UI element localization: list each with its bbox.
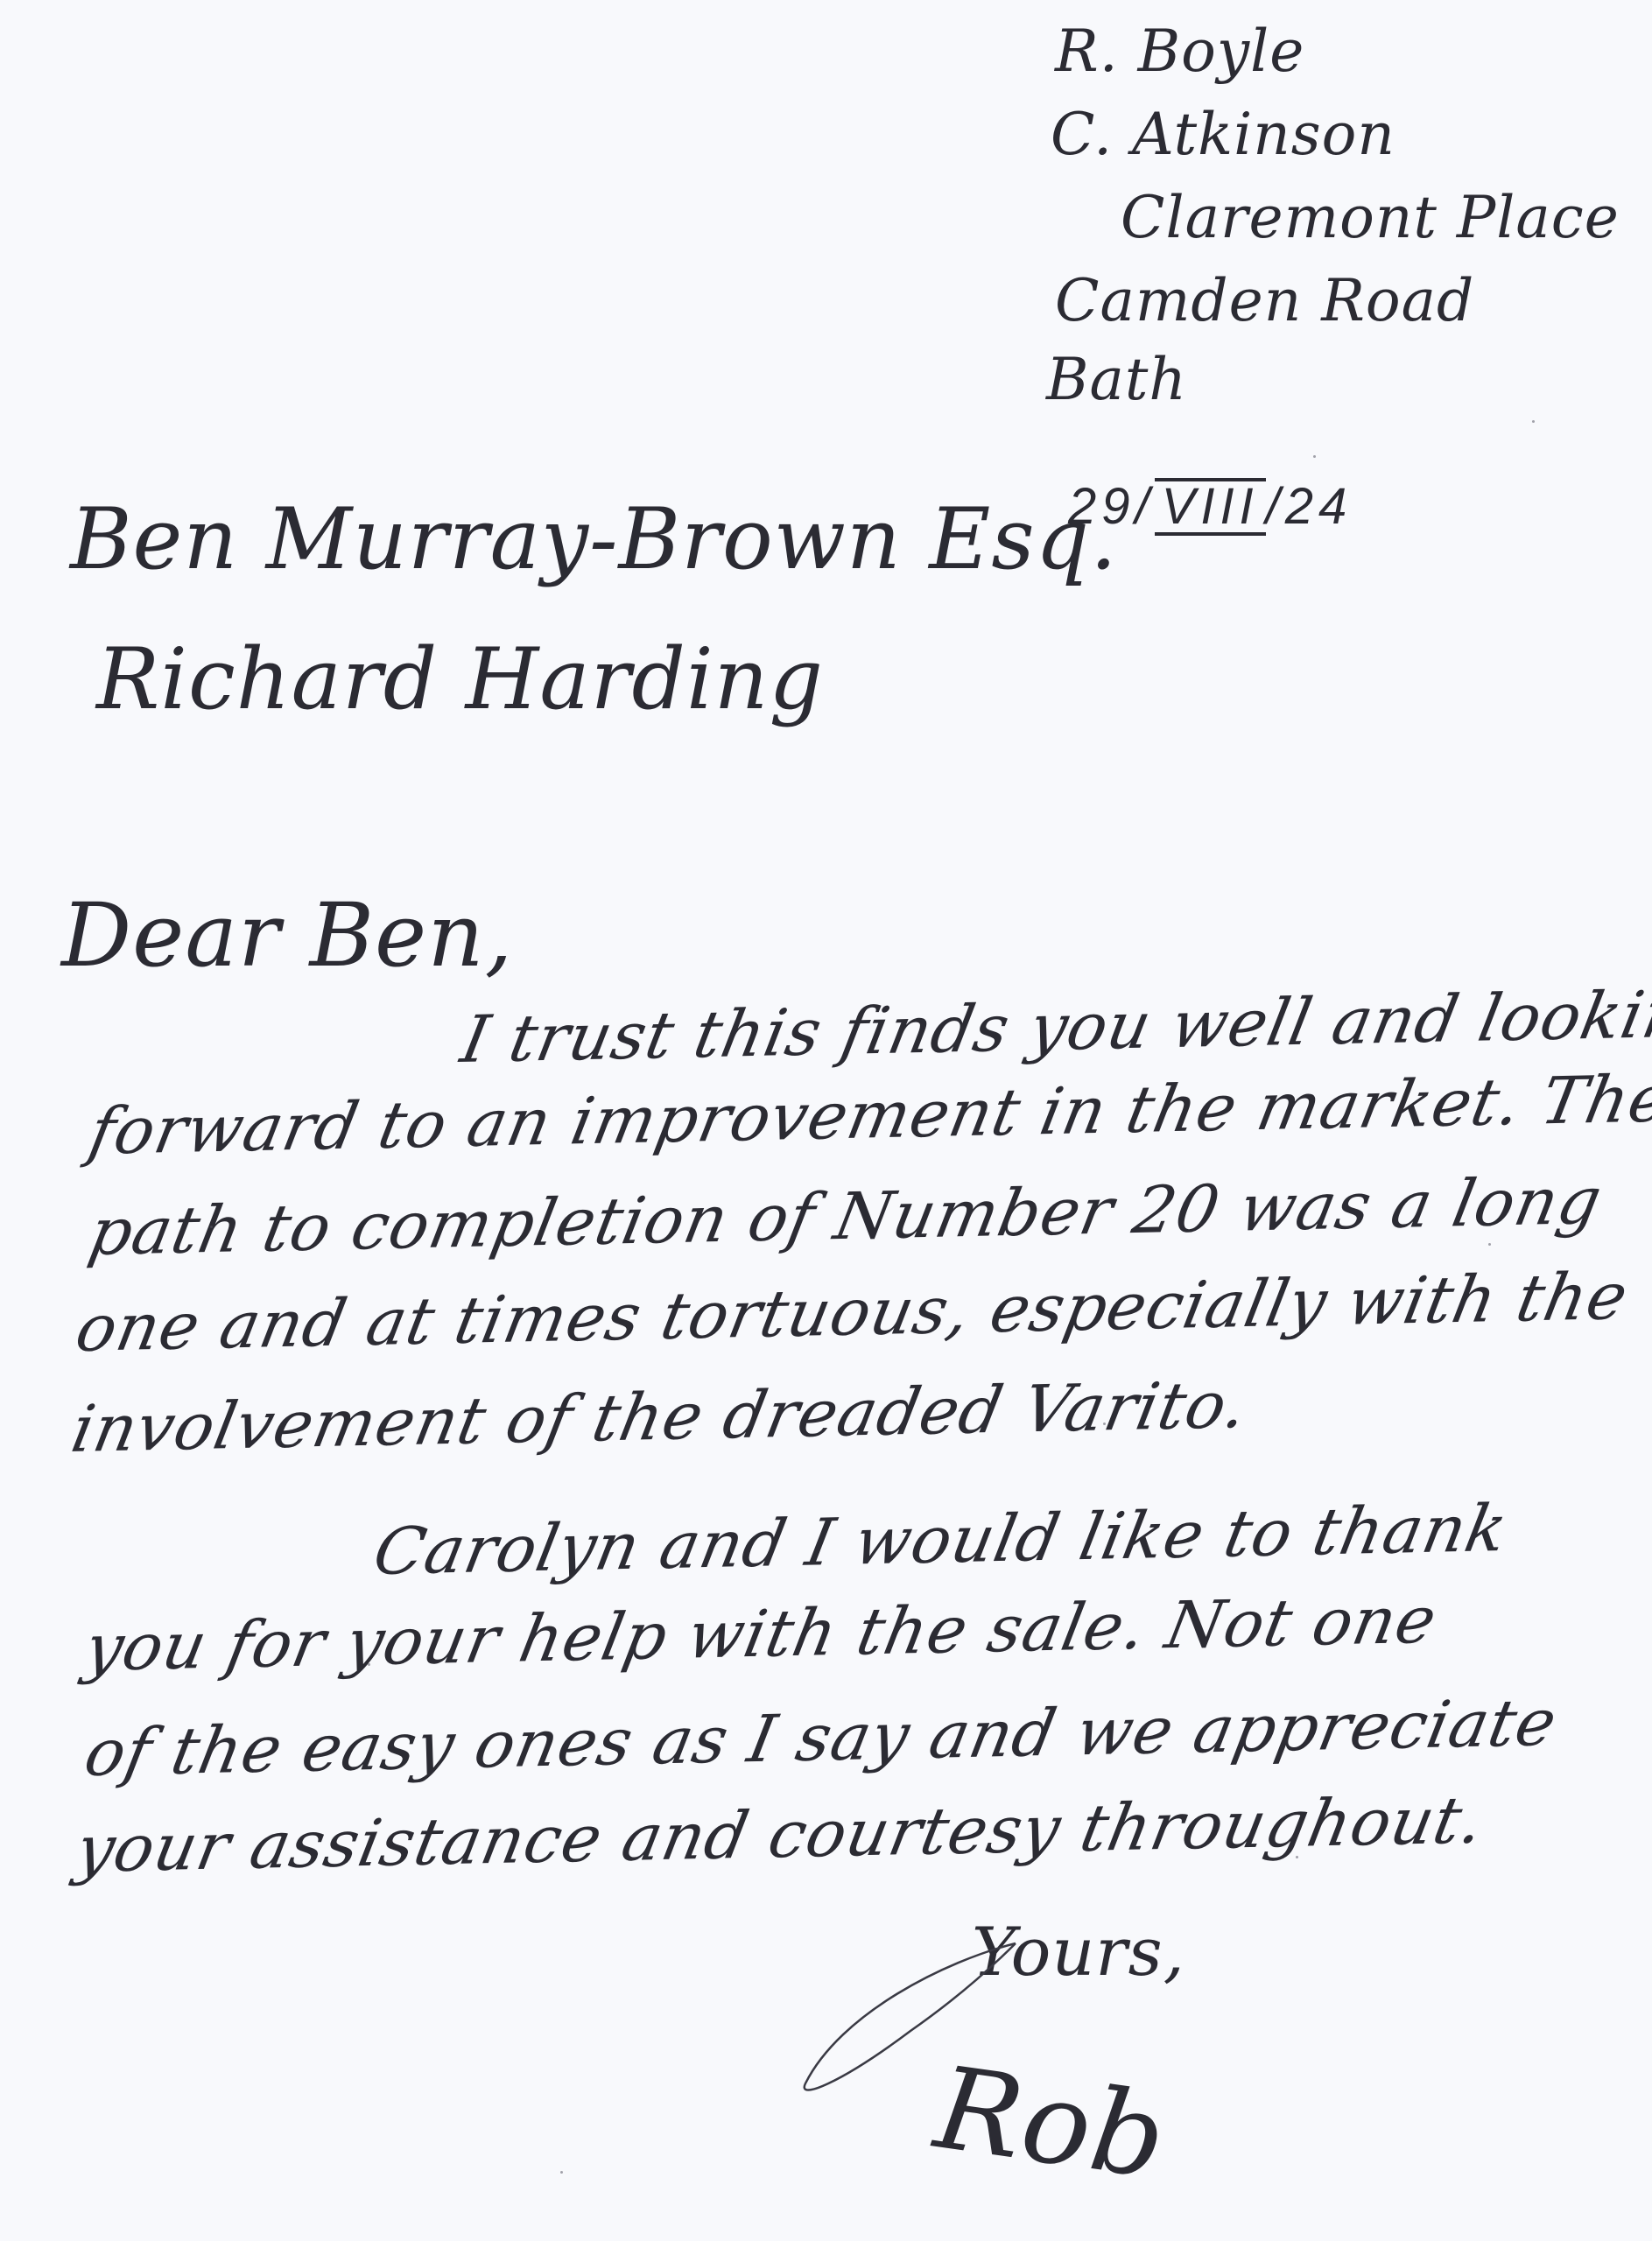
body-line: of the easy ones as I say and we appreci… xyxy=(79,1685,1563,1791)
address-city: Bath xyxy=(1046,346,1187,413)
scan-speck xyxy=(368,1663,370,1666)
recipient-2: Richard Harding xyxy=(96,630,824,728)
body-line: Carolyn and I would like to thank xyxy=(368,1491,1514,1590)
body-line: I trust this finds you well and looking xyxy=(455,976,1652,1078)
sender-name-1: R. Boyle xyxy=(1055,18,1304,85)
scan-speck xyxy=(560,2171,563,2174)
scan-speck xyxy=(1103,1423,1106,1425)
scan-speck xyxy=(1532,420,1535,423)
body-line: forward to an improvement in the market.… xyxy=(83,1061,1652,1170)
signature: Rob xyxy=(928,2041,1174,2204)
body-line: involvement of the dreaded Varito. xyxy=(66,1367,1254,1467)
address-street: Claremont Place xyxy=(1121,184,1620,251)
body-line: path to completion of Number 20 was a lo… xyxy=(83,1163,1608,1270)
letter-page: R. Boyle C. Atkinson Claremont Place Cam… xyxy=(0,0,1652,2241)
address-road: Camden Road xyxy=(1055,267,1474,334)
date-separator: / xyxy=(1135,478,1155,535)
body-line: your assistance and courtesy throughout. xyxy=(70,1783,1490,1887)
salutation: Dear Ben, xyxy=(61,884,513,987)
date-separator: / xyxy=(1266,478,1285,535)
sender-name-2: C. Atkinson xyxy=(1051,101,1395,168)
body-line: one and at times tortuous, especially wi… xyxy=(70,1259,1634,1366)
scan-speck xyxy=(1313,455,1316,458)
date-month: VIII xyxy=(1155,478,1266,536)
body-line: you for your help with the sale. Not one xyxy=(79,1583,1443,1686)
date-year: 24 xyxy=(1285,478,1353,535)
scan-speck xyxy=(1488,1243,1491,1246)
scan-speck xyxy=(210,1226,213,1228)
scan-speck xyxy=(1296,1856,1298,1858)
recipient-1: Ben Murray-Brown Esq. xyxy=(70,490,1118,588)
